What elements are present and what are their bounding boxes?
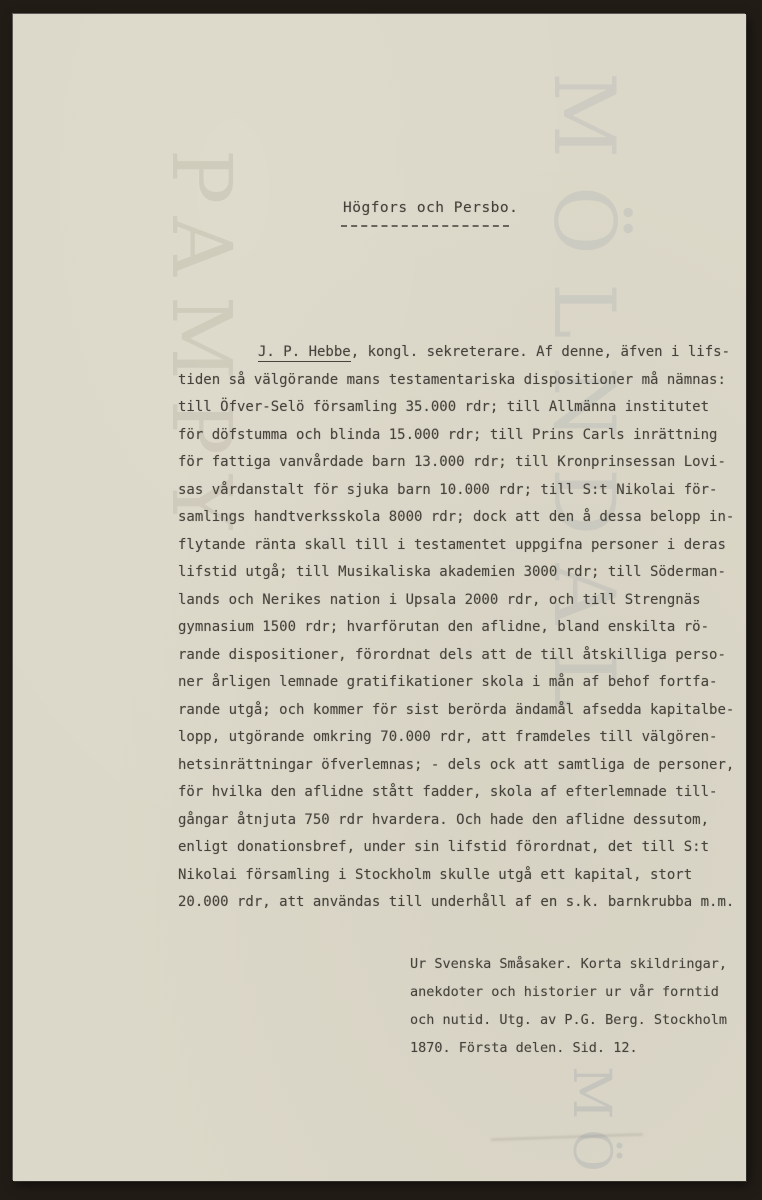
body-line: lopp, utgörande omkring 70.000 rdr, att … xyxy=(178,724,740,752)
body-text: J. P. Hebbe, kongl. sekreterare. Af denn… xyxy=(178,339,740,917)
body-line: gångar åtnjuta 750 rdr hvardera. Och had… xyxy=(178,807,740,835)
citation-line: och nutid. Utg. av P.G. Berg. Stockholm xyxy=(410,1006,727,1034)
body-line: hetsinrättningar öfverlemnas; - dels ock… xyxy=(178,752,740,780)
body-line: tiden så välgörande mans testamentariska… xyxy=(178,367,740,395)
citation-line: 1870. Första delen. Sid. 12. xyxy=(410,1034,727,1062)
citation-line: Ur Svenska Småsaker. Korta skildringar, xyxy=(410,950,727,978)
body-line: för fattiga vanvårdade barn 13.000 rdr; … xyxy=(178,449,740,477)
lead-rest: , kongl. sekreterare. Af denne, äfven i … xyxy=(351,344,730,360)
lead-name-underlined: J. P. Hebbe xyxy=(258,344,351,362)
scan-background: { "scan": { "title": "Högfors och Persbo… xyxy=(0,0,762,1200)
body-line: sas vårdanstalt för sjuka barn 10.000 rd… xyxy=(178,477,740,505)
body-line: J. P. Hebbe, kongl. sekreterare. Af denn… xyxy=(178,339,740,367)
body-line: enligt donationsbref, under sin lifstid … xyxy=(178,834,740,862)
citation-block: Ur Svenska Småsaker. Korta skildringar, … xyxy=(410,950,727,1062)
body-line: ner årligen lemnade gratifikationer skol… xyxy=(178,669,740,697)
body-line: Nikolai församling i Stockholm skulle ut… xyxy=(178,862,740,890)
title-underline xyxy=(341,225,509,227)
body-line: gymnasium 1500 rdr; hvarförutan den afli… xyxy=(178,614,740,642)
body-line: rande dispositioner, förordnat dels att … xyxy=(178,642,740,670)
page-title: Högfors och Persbo. xyxy=(343,200,518,216)
body-line: till Öfver-Selö församling 35.000 rdr; t… xyxy=(178,394,740,422)
body-line: samlings handtverksskola 8000 rdr; dock … xyxy=(178,504,740,532)
body-line: flytande ränta skall till i testamentet … xyxy=(178,532,740,560)
watermark-bottom-right: MÖ xyxy=(561,1066,621,1182)
scanned-page: PAMPY MÖLNDAL MÖ Högfors och Persbo. J. … xyxy=(13,14,746,1181)
body-line: för hvilka den aflidne stått fadder, sko… xyxy=(178,779,740,807)
body-line: lands och Nerikes nation i Upsala 2000 r… xyxy=(178,587,740,615)
body-line: 20.000 rdr, att användas till underhåll … xyxy=(178,889,740,917)
pencil-smudge xyxy=(491,1133,643,1143)
citation-line: anekdoter och historier ur vår forntid xyxy=(410,978,727,1006)
body-line: lifstid utgå; till Musikaliska akademien… xyxy=(178,559,740,587)
body-line: för döfstumma och blinda 15.000 rdr; til… xyxy=(178,422,740,450)
body-line: rande utgå; och kommer för sist berörda … xyxy=(178,697,740,725)
